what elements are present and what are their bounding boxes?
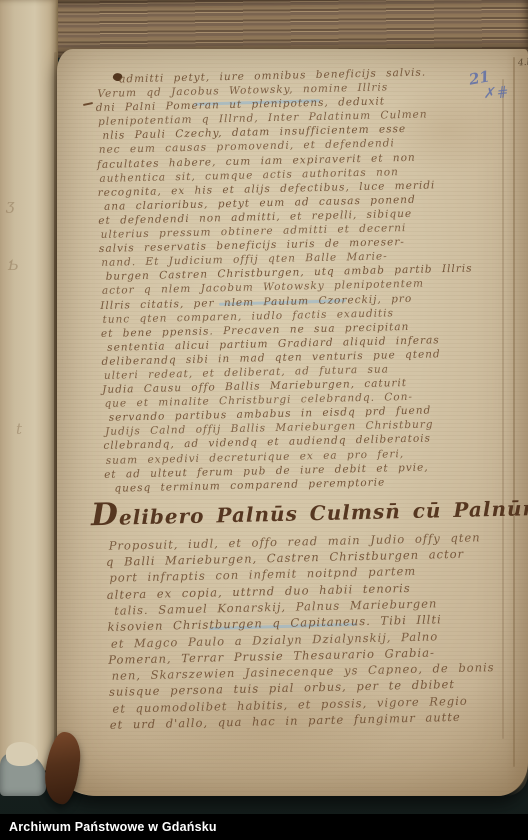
bleedthrough-mark: ʒ xyxy=(6,196,14,214)
margin-dash xyxy=(83,102,93,106)
text-section-upper: admitti petyt, iure omnibus beneficijs s… xyxy=(95,64,512,496)
text-section-lower: Proposuit, iudl, et offo read main Judio… xyxy=(106,528,518,733)
manuscript-page: 4.b 21 ✗⋕ admitti petyt, iure omnibus be… xyxy=(57,49,528,796)
archive-watermark-bar: Archiwum Państwowe w Gdańsku xyxy=(0,814,528,840)
handwritten-text-block: admitti petyt, iure omnibus beneficijs s… xyxy=(95,64,518,733)
section-heading: Delibero Palnūs Culmsn̄ cū Palnūm Pomēr xyxy=(91,489,514,534)
left-page-edge: ʒ Ƅ t xyxy=(0,0,58,778)
archive-watermark-label: Archiwum Państwowe w Gdańsku xyxy=(9,820,217,834)
bottom-paper-scrap xyxy=(6,742,38,766)
bleedthrough-mark: t xyxy=(16,420,22,438)
scan-background: ʒ Ƅ t 4.b 21 ✗⋕ admitti petyt, iure omni… xyxy=(0,0,528,840)
bleedthrough-mark: Ƅ xyxy=(8,256,19,274)
corner-note: 4.b xyxy=(518,58,528,69)
